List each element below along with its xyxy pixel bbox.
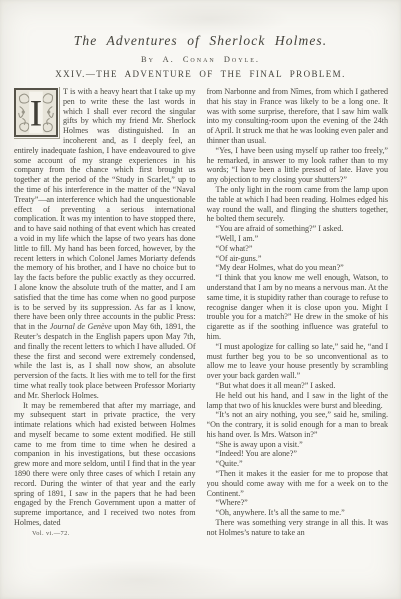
drop-cap-ornament-art: I bbox=[16, 90, 56, 135]
paragraph: from Narbonne and from Nîmes, from which… bbox=[207, 87, 389, 146]
paragraph: “You are afraid of something?” I asked. bbox=[207, 224, 389, 234]
paragraph: “Where?” bbox=[207, 498, 389, 508]
right-column: from Narbonne and from Nîmes, from which… bbox=[207, 87, 389, 595]
paragraph: “Then it makes it the easier for me to p… bbox=[207, 469, 389, 498]
paragraph: “I must apologize for calling so late,” … bbox=[207, 342, 389, 381]
volume-signature: Vol. vi.—72. bbox=[32, 529, 196, 539]
author-byline: By A. Conan Doyle. bbox=[0, 55, 401, 64]
paragraph: “But what does it all mean?” I asked. bbox=[207, 381, 389, 391]
paragraph: “Quite.” bbox=[207, 459, 389, 469]
paragraph: “Yes, I have been using myself up rather… bbox=[207, 146, 389, 185]
paragraph: “My dear Holmes, what do you mean?” bbox=[207, 263, 389, 273]
chapter-heading: XXIV.—THE ADVENTURE OF THE FINAL PROBLEM… bbox=[0, 69, 401, 79]
left-column: I T is with a heavy heart that I take up… bbox=[14, 87, 196, 595]
magazine-page: The Adventures of Sherlock Holmes. By A.… bbox=[0, 0, 401, 599]
drop-cap-ornament: I bbox=[14, 88, 58, 137]
paragraph: “It’s not an airy nothing, you see,” sai… bbox=[207, 410, 389, 439]
paragraph: “I think that you know me well enough, W… bbox=[207, 273, 389, 342]
paragraph: “Of what?” bbox=[207, 244, 389, 254]
paragraph: There was something very strange in all … bbox=[207, 518, 389, 538]
paragraph: I T is with a heavy heart that I take up… bbox=[14, 87, 196, 401]
paragraph: He held out his hand, and I saw in the l… bbox=[207, 391, 389, 411]
paragraph: It may be remembered that after my marri… bbox=[14, 401, 196, 528]
text-columns: I T is with a heavy heart that I take up… bbox=[0, 87, 401, 595]
paragraph: The only light in the room came from the… bbox=[207, 185, 389, 224]
journal-name-italic: Journal de Genève bbox=[50, 322, 112, 331]
paragraph: “Well, I am.” bbox=[207, 234, 389, 244]
paragraph: “Of air-guns.” bbox=[207, 254, 389, 264]
paragraph: “Oh, anywhere. It’s all the same to me.” bbox=[207, 508, 389, 518]
paragraph: “She is away upon a visit.” bbox=[207, 440, 389, 450]
drop-cap-letter: I bbox=[30, 94, 42, 135]
scan-artifact bbox=[130, 2, 290, 36]
paragraph: “Indeed! You are alone?” bbox=[207, 449, 389, 459]
opening-text-continued: upon May 6th, 1891, the Reuter’s despatc… bbox=[14, 322, 196, 400]
page-header: The Adventures of Sherlock Holmes. By A.… bbox=[0, 33, 401, 79]
series-title: The Adventures of Sherlock Holmes. bbox=[0, 33, 401, 49]
